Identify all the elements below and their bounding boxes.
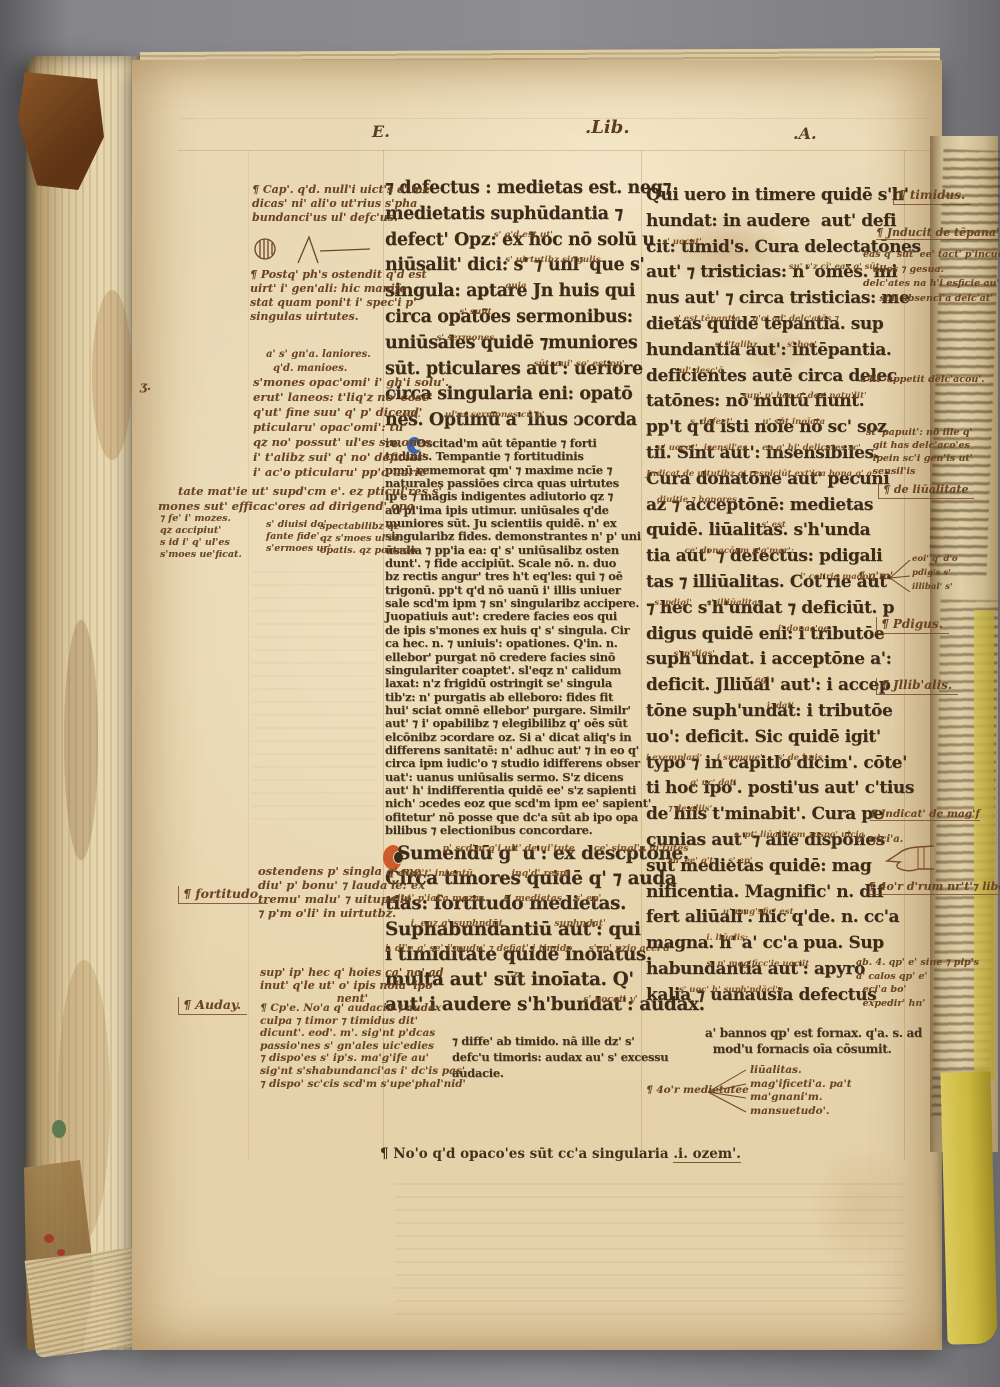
bottom-annotation-text: ¶ No'o q'd opaco'es sūt cc'a singularia (380, 1146, 673, 1162)
margin-note-line: sup' ip' hec q' hoies ca' no' ad (260, 966, 443, 979)
red-stain-spot (44, 1234, 54, 1243)
margin-note-line: diu' p' bonu' ⁊ lauda'le: ex (258, 878, 425, 892)
manuscript-line: ca hec. n. ⁊ uniuis': opationes. Q'in. n… (385, 637, 651, 650)
interlinear-gloss: s' sunt (459, 300, 491, 326)
manuscript-line: singulariter coaptet'. sl'eqz n' calidum (385, 664, 651, 677)
interlinear-gloss: quia (505, 274, 526, 300)
fore-edge-yellow (940, 1071, 997, 1344)
interlinear-gloss: z. (513, 962, 521, 987)
margin-label-prodigus: ¶ Pdigus. (876, 617, 949, 634)
interlinear-gloss: su' ee' q't s' ep' (668, 849, 752, 875)
margin-note-line: allos ⁊ gesua. (863, 263, 1000, 278)
margin-label-indicat-magnificentia: ¶ Jndicat' de mag'f (870, 808, 980, 821)
manuscript-line: trigonū. pp't q'd nō uanū i' illis uniue… (385, 584, 651, 597)
interlinear-gloss: s' est tēpantia q'o' ad' delc'atōs ⁊ (673, 307, 838, 333)
manuscript-line: ūsalia ⁊ pp'ia ea: q' s' uniūsalibz oste… (385, 544, 651, 557)
interlinear-gloss: s' uocat' (662, 230, 701, 256)
margin-note-line: pticularu' opac'omi': tu' (253, 420, 449, 435)
medietates-tree-item: mag'ificeti'a. pa't (750, 1078, 852, 1092)
interlinear-gloss: s' eg' (745, 668, 769, 694)
manuscript-line: hui' sciat omnē ellebor' purgare. Similr… (385, 704, 651, 717)
bottom-annotation-underlined: .i. ozem'. (673, 1146, 741, 1163)
margin-note-line: ostendens p' singla q' me (258, 864, 425, 878)
margin-note-line: ¶ Jndicat' de mag'f (870, 808, 980, 821)
text-show-through (395, 1180, 905, 1315)
interlinear-gloss: s' uirtutibz singulis (505, 248, 601, 274)
margin-note-line: i' ac'o pticularu' pp'o uarie' (253, 465, 449, 480)
margin-tree-items: eoi' q' d'opdig's s'illibal' s' (912, 552, 958, 594)
interlinear-gloss: s. pt' liūali'tem zospo' uicia (734, 823, 864, 849)
interlinear-gloss: i' donac'oe (778, 617, 829, 643)
margin-note-line: dicas' ni' ali'o ut'rius s'pha (252, 197, 430, 211)
margin-note-ab-calos: ab. 4. qp' e' sine ⁊ pip'sa' calos qp' e… (856, 956, 979, 1010)
manuscript-page-photo: E. .Lib. .A. ¶ No'o q'd opaco'es sūt cc'… (0, 0, 1000, 1387)
margin-sketch-ornament (252, 234, 376, 266)
red-stain-spot (57, 1249, 65, 1256)
margin-note-a-laniores: a' s' gn'a. laniores. q'd. manioes. (266, 348, 371, 376)
manuscript-line: tōne suph'undat: i tributōei. dat' (646, 699, 921, 725)
manuscript-line: sale scd'm ipm ⁊ sn' singularibz acciper… (385, 597, 651, 610)
medietates-tree-item: mansuetudo'. (750, 1105, 852, 1119)
margin-note-super-hoc: sup' ip' hec q' hoies ca' no' adinut' q'… (260, 966, 443, 1005)
manuscript-line: Qui uero in timere quidē s'h' (646, 183, 921, 209)
margin-label-timidus: ¶ timidus. (893, 188, 971, 205)
margin-note-line: eoi' q' d'o (912, 552, 958, 566)
margin-note-line: ¶ de liūalitate (883, 483, 968, 496)
manuscript-line: Juopatiuis aut': credere facies eos qui (385, 610, 651, 623)
manuscript-line: audacie. (452, 1065, 668, 1081)
margin-note-line: ¶ 4o'r d'rum nr't' (868, 880, 973, 895)
margin-note-line: ¶ Auday. (183, 997, 241, 1012)
ruling-line (180, 118, 932, 119)
manuscript-line: bz rectis angur' tres h't eq'les: qui ⁊ … (385, 570, 651, 583)
interlinear-gloss: q' nc' dat' (690, 771, 736, 797)
manuscript-line: de ipis s'mones ex huis q' s' singula. C… (385, 624, 651, 637)
margin-note-line: s id i' q' ul'es (160, 537, 242, 549)
manuscript-line: muniores sūt. Ju scientiis quidē. n' ex (385, 517, 651, 530)
margin-note-line: ⁊ fe' i' mozes. (160, 513, 242, 525)
manuscript-line: circa opatōes sermonibus:s' sunt (385, 305, 671, 331)
interlinear-gloss: s' uoc' h' suph'ndāci'a (679, 978, 784, 1004)
margin-note-line: ʒ. (140, 380, 151, 393)
margin-note-line: s'moes ue'ficat. (160, 549, 242, 561)
manuscript-line: circa ipm iudic'o ⁊ studio idifferens ob… (385, 757, 651, 770)
margin-note-line: delc'ates na h'i esficie au't (863, 277, 1000, 292)
bottom-annotation-line: ¶ No'o q'd opaco'es sūt cc'a singularia … (380, 1146, 741, 1162)
margin-note-line: mones sut' efficac'ores ad dirigend' opa (158, 499, 442, 514)
manuscript-line: typo ⁊ in capitlo dicim'. cōte'i exempla… (646, 751, 921, 777)
left-column-footnote: ⁊ diffe' ab timido. nā ille dz' s'defc'u… (452, 1033, 668, 1081)
margin-note-line: qz no' possut' ul'es s'mones (253, 435, 449, 450)
margin-note-line: ¶ Cap'. q'd. null'i uict's e' me (252, 183, 430, 197)
parchment-blotch (92, 290, 132, 460)
green-stain-spot (52, 1120, 66, 1138)
margin-note-line: inut' q'le ut' o' ipis noia' ipo (260, 979, 443, 992)
interlinear-gloss: u' uocat' isensil'es eo q' hi' delicates… (657, 436, 861, 462)
ruling-line (248, 150, 249, 1160)
manuscript-line: mod'u fornacis oīa cōsumit. (705, 1042, 922, 1058)
manuscript-line: niūsalit' dici: s' ⁊ unl' que s's' uirtu… (385, 253, 671, 279)
margin-note-line: illibal' s' (912, 580, 958, 594)
margin-note-line: erut' laneos: t'liq'z no' cose' (253, 390, 449, 405)
margin-note-line: ipein sc'i gen'is ut' (866, 452, 973, 465)
margin-note-cluster-3: spectabilibz qzqz s'moes ul'es.opatis. q… (320, 521, 416, 557)
margin-note-line: stat quam poni't i' spec'i p' (250, 296, 427, 310)
margin-note-line: opatis. qz portado (320, 545, 416, 557)
margin-note-line: tate mat'ie ut' supd'cm e'. ez pticul're… (158, 484, 442, 499)
interlinear-gloss: i. liūalis: (706, 926, 748, 952)
manuscript-line: differens sanitatē: n' adhuc aut' ⁊ in e… (385, 744, 651, 757)
interlinear-gloss: s. p' mag'ficc'ie uoc'it (706, 952, 809, 978)
interlinear-gloss: s' i'talibz s' boc' (715, 333, 817, 359)
interlinear-gloss: i exemplari' i sumaue' s' de huis (646, 746, 823, 772)
manuscript-line: uat': uanus uniūsalis sermo. S'z dicens (385, 771, 651, 784)
running-header-left-mark: E. (372, 122, 390, 141)
margin-note-line: a' calos qp' e' (856, 970, 979, 984)
margin-note-line: ¶ Cp'e. No'a q' audacia ⁊ audax (260, 1002, 466, 1015)
margin-note-nulli-virtus: ¶ Cap'. q'd. null'i uict's e' medicas' n… (252, 183, 430, 225)
parchment-blotch (58, 960, 110, 1240)
manuscript-line: tib'z: n' purgatis ab elleboro: fides fi… (385, 691, 651, 704)
ruling-line (178, 150, 934, 151)
manuscript-line: singularibz fides. demonstrantes n' p' u… (385, 530, 651, 543)
margin-note-postquam: ¶ Postq' ph's ostendit q'd estuirt' i' g… (250, 268, 427, 324)
manuscript-line: fert aliūali'. hic q'de. n. cc'au' mag's… (646, 905, 921, 931)
margin-note-cluster-1: ⁊ fe' i' mozes.qz accipiut's id i' q' ul… (160, 513, 242, 561)
interlinear-gloss: i. eoz q' suphndūt suphndat' (411, 911, 606, 936)
manuscript-line: singula: aptare Jn huis quiquia (385, 279, 671, 305)
margin-tree-label: ¶ q'm' (858, 570, 893, 582)
interlinear-gloss: ul' desc'ō (679, 359, 724, 385)
margin-note-line: ¶ q'm' (858, 570, 893, 582)
margin-note-line: q'ut' fine suu' q' p' dicend' (253, 405, 449, 420)
manuscript-line: sūt medietas quidē: magsu' ee' q't s' ep… (646, 854, 921, 880)
manuscript-line: ⁊ diffe' ab timido. nā ille dz' s' (452, 1033, 668, 1049)
manuscript-line: elcōnibz ɔcordare oz. Si a' dicat aliq's… (385, 731, 651, 744)
margin-note-line: ⁊ dispo' sc'cis scd'm s'upe'phal'nid' (260, 1078, 466, 1091)
margin-note-audacia: ¶ Cp'e. No'a q' audacia ⁊ audaxculpa ⁊ t… (260, 1002, 466, 1090)
manuscript-line: tia aut' ⁊ defectus: pdigalice' donacōem… (646, 544, 921, 570)
margin-note-line: expedir' hn' (856, 997, 979, 1011)
margin-note-sermones-block: s'mones opac'omi' i' gh'i solu'.erut' la… (253, 375, 449, 480)
interlinear-gloss: diuitie ⁊ honores (657, 488, 737, 514)
margin-note-line: uirt' i' gen'ali: hic manife (250, 282, 427, 296)
manuscript-line: a' bannos qp' est fornax. q'a. s. ad (705, 1026, 922, 1042)
interlinear-gloss: i. dl'e q' se' i'mudu' ⁊ defiat' i timid… (385, 936, 670, 961)
interlinear-gloss: ce' donacōem p'q'mar': (684, 539, 793, 565)
manuscript-line: aut' h' indifferentia quidē ee' s'z sapi… (385, 784, 651, 797)
running-header-book-mark: .Lib. (585, 117, 630, 138)
manuscript-line: uniūsales quidē ⁊munioress' sermones (385, 331, 671, 357)
margin-label-inducit-temperantia: ¶ Jnducit de tēpana' (876, 226, 999, 240)
margin-note-line: ¶ Postq' ph's ostendit q'd est (250, 268, 427, 282)
interlinear-gloss: s' uocat' y' (583, 987, 637, 1012)
margin-note-papuit: st' papuit': nō ille q' git has delc'aco… (866, 426, 973, 478)
margin-note-line: pdig's s' (912, 566, 958, 580)
manuscript-line: ellebor' purgat nō credere facies sinō (385, 651, 651, 664)
margin-note-line: spectabilibz qz (320, 521, 416, 533)
interlinear-gloss: u' mag'sfic' est (723, 900, 794, 926)
margin-note-line: bundanci'us ul' defc'us. (252, 211, 430, 225)
margin-note-line: q'd. manioes. (266, 362, 371, 376)
interlinear-gloss: s. defect' u' sūt inoīata (690, 410, 825, 436)
margin-note-line: ¶ fortitudo. (183, 886, 262, 901)
margin-note-appetit: a'lit' appetit delc'acou'. (860, 374, 984, 386)
margin-note-line: ¶ Pdigus. (881, 617, 943, 631)
margin-note-line: ¶ Jllib'alis. (881, 678, 952, 692)
margin-note-line: singulas uirtutes. (250, 310, 427, 324)
running-header-right-mark: .A. (793, 124, 817, 143)
margin-label-illiberalis: ¶ Jllib'alis. (876, 678, 958, 695)
margin-squiggle: ʒ. (140, 380, 151, 393)
manuscript-line: laxat: n'z frigidū ostringit se' singula (385, 677, 651, 690)
margin-note-line: tremu' malu' ⁊ uitupa'le (258, 892, 425, 906)
manuscript-line: suph'undat. i acceptōne a':s' p'digs' (646, 647, 921, 673)
margin-note-quattuor-liberalem: ¶ 4o'r d'rum nr't'⁊ liberalem. (868, 880, 1000, 895)
interlinear-gloss: sup' p' hoc q' des' natu'lit' (742, 384, 867, 410)
interlinear-gloss: i. dat' (767, 694, 794, 720)
margin-note-line: culpa ⁊ timor ⁊ timidus dit' (260, 1015, 466, 1028)
margin-note-tate-materie: tate mat'ie ut' supd'cm e'. ez pticul're… (158, 484, 442, 514)
margin-label-audax: ¶ Auday. (178, 997, 247, 1015)
margin-note-line: o' uici'a. (856, 834, 903, 846)
margin-note-line: dicunt'. eod'. m'. sig'nt p'dcas (260, 1027, 466, 1040)
margin-note-delectationes: eas q' sut' ee' tact' p'incue allos ⁊ ge… (863, 248, 1000, 306)
margin-note-ostendens: ostendens p' singla q' mediu' p' bonu' ⁊… (258, 864, 425, 920)
margin-note-line: sig'nt s'shabundanci'as i' dc'is pas' (260, 1065, 466, 1078)
interlinear-gloss: s' q'd est ut' (494, 223, 553, 249)
manuscript-line: aut' ⁊ i' opabilibz ⁊ elegibilibz q' oēs… (385, 717, 651, 730)
medietates-tree-item: liūalitas. (750, 1064, 852, 1078)
margin-label-fortitudo: ¶ fortitudo. (178, 886, 268, 904)
interlinear-gloss: s' sermones (436, 326, 494, 352)
medietates-tree-items: liūalitas.mag'ificeti'a. pa'tma'gnani'm.… (750, 1064, 852, 1118)
margin-note-line: a'lit' appetit delc'acou'. (860, 374, 984, 386)
interlinear-gloss: ⁊ de aliis' (668, 797, 712, 823)
margin-note-line: st' papuit': nō ille q' (866, 426, 973, 439)
medietates-tree-item: ma'gnani'm. (750, 1091, 852, 1105)
margin-note-line: sensil'is (866, 465, 973, 478)
manuscript-line: nich' ɔcedes eoz que scd'm ipm ee' sapie… (385, 797, 651, 810)
margin-note-line: eci'a bo' (856, 983, 979, 997)
manuscript-line: ofitetur' nō posse que dc'a sūt ab ipo o… (385, 811, 651, 824)
margin-note-vicia: o' uici'a. (856, 834, 903, 846)
right-column-footnote: a' bannos qp' est fornax. q'a. s. ad mod… (705, 1026, 922, 1057)
margin-note-line: qz accipiut' (160, 525, 242, 537)
margin-note-line: ¶ timidus. (898, 188, 965, 202)
interlinear-gloss: s. pdigi' s' illiūalitas (654, 591, 762, 617)
interlinear-gloss: Jndicat de uitutibz q' respiciūt ext'ioa… (646, 462, 875, 488)
manuscript-line: defc'u timoris: audax au' s' excessu (452, 1049, 668, 1065)
parchment-blotch (64, 620, 98, 860)
margin-note-line: ⁊ dispo'es s' ip's. ma'g'ife au' (260, 1052, 466, 1065)
interlinear-gloss: s' est (761, 513, 785, 539)
text-show-through (252, 560, 377, 820)
manuscript-line: dunt'. ⁊ fide accipiūt. Scale nō. n. duo (385, 557, 651, 570)
margin-note-line: ⁊ liberalem. (973, 880, 1000, 895)
margin-note-line: passio'nes s' gn'ales uic'edies (260, 1040, 466, 1053)
margin-note-line: qz s'moes ul'es. (320, 533, 416, 545)
margin-note-line: i' t'alibz sui' q' no' deficiat' (253, 450, 449, 465)
margin-note-line: ¶ Jnducit de tēpana' (876, 226, 999, 240)
margin-note-line: ab. 4. qp' e' sine ⁊ pip's (856, 956, 979, 970)
margin-note-line: eas q' sut' ee' tact' p'incue (863, 248, 1000, 263)
margin-note-line: a' s' gn'a. laniores. (266, 348, 371, 362)
margin-note-line: soli absenci'a delc'at' (863, 292, 1000, 307)
margin-label-de-liberalitate: ¶ de liūalitate (878, 483, 974, 499)
margin-note-line: ⁊ p'm o'li' in uirtutbz. (258, 906, 425, 920)
margin-note-line: git has delc'aco'es (866, 439, 973, 452)
margin-note-line: s'mones opac'omi' i' gh'i solu'. (253, 375, 449, 390)
medietates-tree-label: ¶ 4o'r medietatee (646, 1084, 749, 1096)
interlinear-gloss: s' p'digs' (673, 642, 714, 668)
interlinear-gloss: sūt. cui' so' est op' (534, 352, 625, 378)
